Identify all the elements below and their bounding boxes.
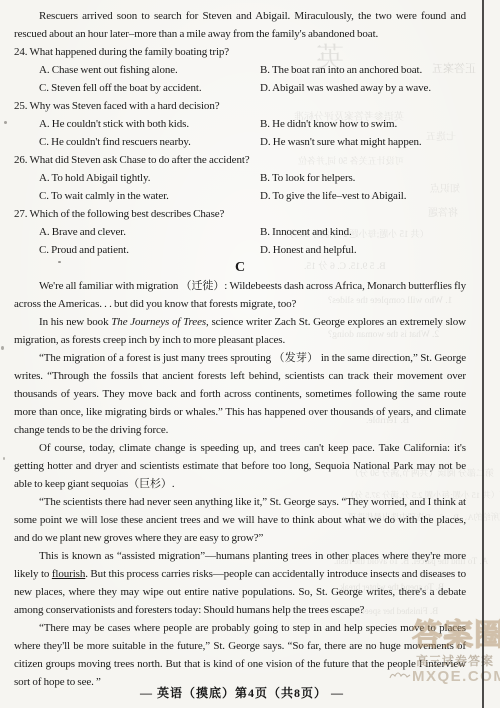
watermark-site-url: MXQE.COM: [412, 668, 500, 685]
option-row: A. He couldn't stick with both kids. B. …: [39, 115, 466, 133]
option-row: A. Brave and clever. B. Innocent and kin…: [39, 223, 466, 241]
passage-paragraph-3: “The migration of a forest is just many …: [14, 349, 466, 439]
question-25: 25. Why was Steven faced with a hard dec…: [14, 97, 466, 151]
watermark-logo-text: 答案圈: [412, 610, 500, 654]
option-c: C. He couldn't find rescuers nearby.: [39, 133, 260, 151]
question-stem: 27. Which of the following best describe…: [14, 205, 466, 223]
question-stem: 26. What did Steven ask Chase to do afte…: [14, 151, 466, 169]
section-c-header: C: [14, 259, 466, 277]
paper-speck: [3, 457, 5, 460]
option-a: A. He couldn't stick with both kids.: [39, 115, 260, 133]
passage-paragraph-2: In his new book The Journeys of Trees, s…: [14, 313, 466, 349]
option-a: A. Chase went out fishing alone.: [39, 61, 260, 79]
option-a: A. To hold Abigail tightly.: [39, 169, 260, 187]
passage-paragraph-5: “The scientists there had never seen any…: [14, 493, 466, 547]
option-b: B. He didn't know how to swim.: [260, 115, 466, 133]
scan-edge-line: [482, 0, 484, 708]
option-d: D. Honest and helpful.: [260, 241, 466, 259]
question-27: 27. Which of the following best describe…: [14, 205, 466, 259]
intro-paragraph: Rescuers arrived soon to search for Stev…: [14, 7, 466, 43]
option-row: C. Steven fell off the boat by accident.…: [39, 79, 466, 97]
option-b: B. The boat ran into an anchored boat.: [260, 61, 466, 79]
option-c: C. Steven fell off the boat by accident.: [39, 79, 260, 97]
option-a: A. Brave and clever.: [39, 223, 260, 241]
underlined-word: flourish: [52, 568, 85, 580]
passage-paragraph-1: We're all familiar with migration （迁徙）: …: [14, 277, 466, 313]
paper-speck: [58, 261, 61, 263]
option-b: B. To look for helpers.: [260, 169, 466, 187]
page-content: Rescuers arrived soon to search for Stev…: [14, 7, 466, 691]
option-row: C. Proud and patient. D. Honest and help…: [39, 241, 466, 259]
option-d: D. Abigail was washed away by a wave.: [260, 79, 466, 97]
option-row: A. Chase went out fishing alone. B. The …: [39, 61, 466, 79]
option-d: D. He wasn't sure what might happen.: [260, 133, 466, 151]
option-row: A. To hold Abigail tightly. B. To look f…: [39, 169, 466, 187]
option-d: D. To give the life–vest to Abigail.: [260, 187, 466, 205]
option-b: B. Innocent and kind.: [260, 223, 466, 241]
question-stem: 25. Why was Steven faced with a hard dec…: [14, 97, 466, 115]
passage-text: In his new book: [39, 316, 111, 328]
option-c: C. Proud and patient.: [39, 241, 260, 259]
question-stem: 24. What happened during the family boat…: [14, 43, 466, 61]
question-24: 24. What happened during the family boat…: [14, 43, 466, 97]
passage-paragraph-6: This is known as “assisted migration”—hu…: [14, 547, 466, 619]
book-title: The Journeys of Trees: [111, 316, 206, 328]
paper-speck: [4, 121, 7, 124]
option-row: C. To wait calmly in the water. D. To gi…: [39, 187, 466, 205]
cat-doodle-icon: [388, 668, 412, 687]
passage-paragraph-4: Of course, today, climate change is spee…: [14, 439, 466, 493]
exam-page: 英正答案五英语参考答案及评分标准七选五可设计五关各 50 词,并各位知识点将答题…: [0, 0, 500, 708]
option-c: C. To wait calmly in the water.: [39, 187, 260, 205]
option-row: C. He couldn't find rescuers nearby. D. …: [39, 133, 466, 151]
question-26: 26. What did Steven ask Chase to do afte…: [14, 151, 466, 205]
paper-speck: [1, 346, 4, 350]
